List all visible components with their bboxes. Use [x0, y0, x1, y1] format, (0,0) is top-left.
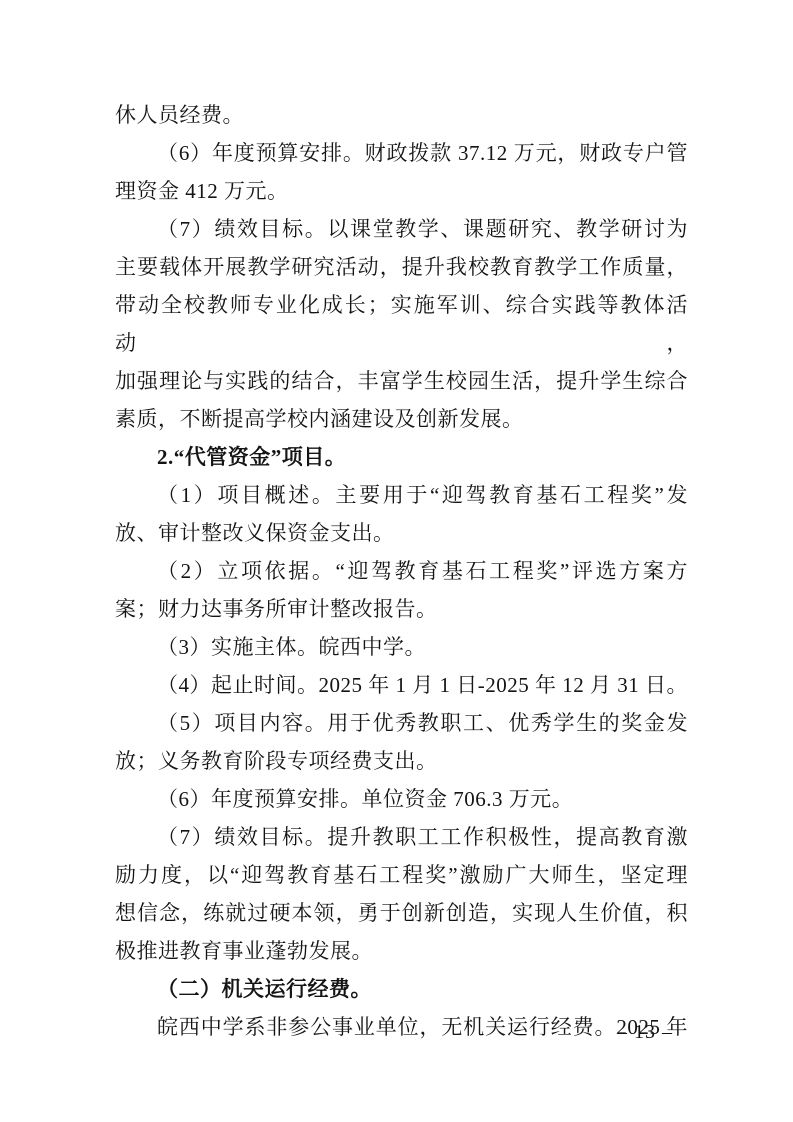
paragraph-block: （3）实施主体。皖西中学。 — [115, 628, 688, 666]
text-line: （5）项目内容。用于优秀教职工、优秀学生的奖金发 — [115, 704, 688, 742]
text-line: 2.“代管资金”项目。 — [115, 438, 688, 476]
text-line: 素质，不断提高学校内涵建设及创新发展。 — [115, 400, 688, 438]
text-line: （6）年度预算安排。财政拨款 37.12 万元，财政专户管 — [115, 134, 688, 172]
text-line: 带动全校教师专业化成长；实施军训、综合实践等教体活动， — [115, 286, 688, 362]
text-line: （2）立项依据。“迎驾教育基石工程奖”评选方案方 — [115, 552, 688, 590]
paragraph-block: （5）项目内容。用于优秀教职工、优秀学生的奖金发放；义务教育阶段专项经费支出。 — [115, 704, 688, 780]
heading-block: 2.“代管资金”项目。 — [115, 438, 688, 476]
text-line: （1）项目概述。主要用于“迎驾教育基石工程奖”发 — [115, 476, 688, 514]
paragraph-block: （7）绩效目标。以课堂教学、课题研究、教学研讨为主要载体开展教学研究活动，提升我… — [115, 210, 688, 438]
text-line: （4）起止时间。2025 年 1 月 1 日-2025 年 12 月 31 日。 — [115, 666, 688, 704]
text-line: 案；财力达事务所审计整改报告。 — [115, 590, 688, 628]
text-line: 想信念，练就过硬本领，勇于创新创造，实现人生价值，积 — [115, 894, 688, 932]
paragraph-block: （2）立项依据。“迎驾教育基石工程奖”评选方案方案；财力达事务所审计整改报告。 — [115, 552, 688, 628]
paragraph-block: （4）起止时间。2025 年 1 月 1 日-2025 年 12 月 31 日。 — [115, 666, 688, 704]
text-line: 极推进教育事业蓬勃发展。 — [115, 932, 688, 970]
text-line: 放；义务教育阶段专项经费支出。 — [115, 742, 688, 780]
text-line: 加强理论与实践的结合，丰富学生校园生活，提升学生综合 — [115, 362, 688, 400]
heading-block: （二）机关运行经费。 — [115, 970, 688, 1008]
paragraph-block: （6）年度预算安排。财政拨款 37.12 万元，财政专户管理资金 412 万元。 — [115, 134, 688, 210]
text-line: 休人员经费。 — [115, 96, 688, 134]
paragraph-block: （6）年度预算安排。单位资金 706.3 万元。 — [115, 780, 688, 818]
text-line: 理资金 412 万元。 — [115, 172, 688, 210]
document-page: 休人员经费。（6）年度预算安排。财政拨款 37.12 万元，财政专户管理资金 4… — [0, 0, 793, 1122]
document-body: 休人员经费。（6）年度预算安排。财政拨款 37.12 万元，财政专户管理资金 4… — [115, 96, 688, 1046]
text-line: 主要载体开展教学研究活动，提升我校教育教学工作质量， — [115, 248, 688, 286]
text-line: （7）绩效目标。以课堂教学、课题研究、教学研讨为 — [115, 210, 688, 248]
text-line: （二）机关运行经费。 — [115, 970, 688, 1008]
text-line: （6）年度预算安排。单位资金 706.3 万元。 — [115, 780, 688, 818]
paragraph-block: 皖西中学系非参公事业单位，无机关运行经费。2025 年 — [115, 1008, 688, 1046]
text-line: 励力度，以“迎驾教育基石工程奖”激励广大师生，坚定理 — [115, 856, 688, 894]
page-number: – 13 – — [617, 1013, 673, 1051]
text-line: 皖西中学系非参公事业单位，无机关运行经费。2025 年 — [115, 1008, 688, 1046]
paragraph-block: （1）项目概述。主要用于“迎驾教育基石工程奖”发放、审计整改义保资金支出。 — [115, 476, 688, 552]
paragraph-block: （7）绩效目标。提升教职工工作积极性，提高教育激励力度，以“迎驾教育基石工程奖”… — [115, 818, 688, 970]
paragraph-block: 休人员经费。 — [115, 96, 688, 134]
text-line: 放、审计整改义保资金支出。 — [115, 514, 688, 552]
text-line: （7）绩效目标。提升教职工工作积极性，提高教育激 — [115, 818, 688, 856]
text-line: （3）实施主体。皖西中学。 — [115, 628, 688, 666]
